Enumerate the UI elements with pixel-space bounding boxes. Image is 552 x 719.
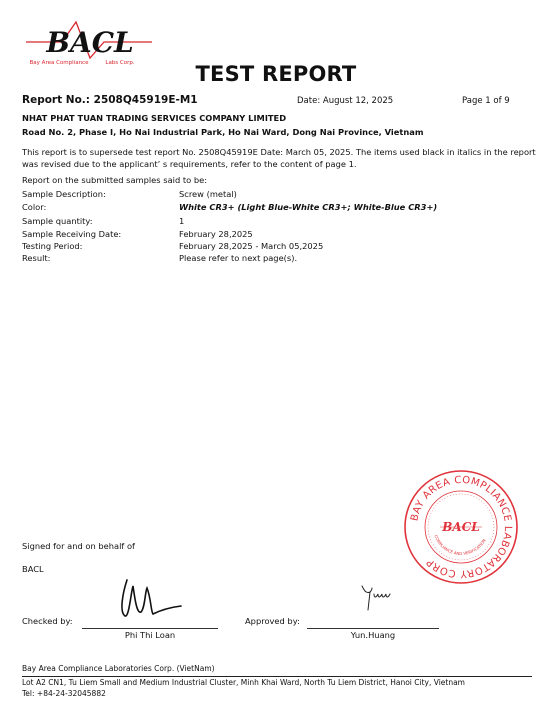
report-date: Date: August 12, 2025	[297, 96, 393, 106]
field-value: February 28,2025	[179, 228, 542, 240]
supersede-note: This report is to supersede test report …	[22, 146, 537, 170]
footer-telephone: Tel: +84-24-32045882	[22, 689, 106, 698]
field-value: 1	[179, 214, 542, 228]
field-value: Screw (metal)	[179, 188, 542, 200]
approved-by-line	[307, 628, 439, 629]
field-row: Color: White CR3+ (Light Blue-White CR3+…	[22, 200, 542, 214]
svg-text:BACL: BACL	[45, 26, 133, 59]
svg-text:COMPLIANCE AND VERIFICATION: COMPLIANCE AND VERIFICATION	[433, 534, 486, 556]
checker-signature-icon	[115, 572, 185, 622]
field-row: Sample Receiving Date: February 28,2025	[22, 228, 542, 240]
field-value: February 28,2025 - March 05,2025	[179, 240, 542, 252]
field-label: Color:	[22, 200, 179, 214]
page-indicator: Page 1 of 9	[462, 96, 510, 106]
footer-company: Bay Area Compliance Laboratories Corp. (…	[22, 664, 215, 673]
document-title: TEST REPORT	[0, 62, 552, 86]
field-value: White CR3+ (Light Blue-White CR3+; White…	[179, 200, 542, 214]
approved-by-label: Approved by:	[245, 616, 300, 626]
approved-by-name: Yun.Huang	[307, 630, 439, 640]
checked-by-name: Phi Thi Loan	[82, 630, 218, 640]
signing-org: BACL	[22, 564, 44, 574]
field-label: Result:	[22, 252, 179, 264]
footer-divider	[22, 676, 532, 677]
field-label: Sample Receiving Date:	[22, 228, 179, 240]
field-row: Result: Please refer to next page(s).	[22, 252, 542, 264]
field-row: Sample Description: Screw (metal)	[22, 188, 542, 200]
samples-intro: Report on the submitted samples said to …	[22, 175, 207, 185]
footer-address: Lot A2 CN1, Tu Liem Small and Medium Ind…	[22, 678, 465, 687]
sample-fields: Sample Description: Screw (metal) Color:…	[22, 188, 542, 264]
checked-by-label: Checked by:	[22, 616, 73, 626]
checked-by-line	[82, 628, 218, 629]
client-company: NHAT PHAT TUAN TRADING SERVICES COMPANY …	[22, 113, 286, 123]
field-row: Testing Period: February 28,2025 - March…	[22, 240, 542, 252]
field-label: Testing Period:	[22, 240, 179, 252]
report-number: Report No.: 2508Q45919E-M1	[22, 94, 198, 106]
field-value: Please refer to next page(s).	[179, 252, 542, 264]
signed-on-behalf: Signed for and on behalf of	[22, 541, 135, 551]
company-seal-icon: BAY AREA COMPLIANCE LABORATORY CORP COMP…	[402, 468, 520, 586]
field-row: Sample quantity: 1	[22, 214, 542, 228]
field-label: Sample Description:	[22, 188, 179, 200]
client-address: Road No. 2, Phase I, Ho Nai Industrial P…	[22, 127, 424, 137]
field-label: Sample quantity:	[22, 214, 179, 228]
approver-signature-icon	[358, 580, 398, 616]
